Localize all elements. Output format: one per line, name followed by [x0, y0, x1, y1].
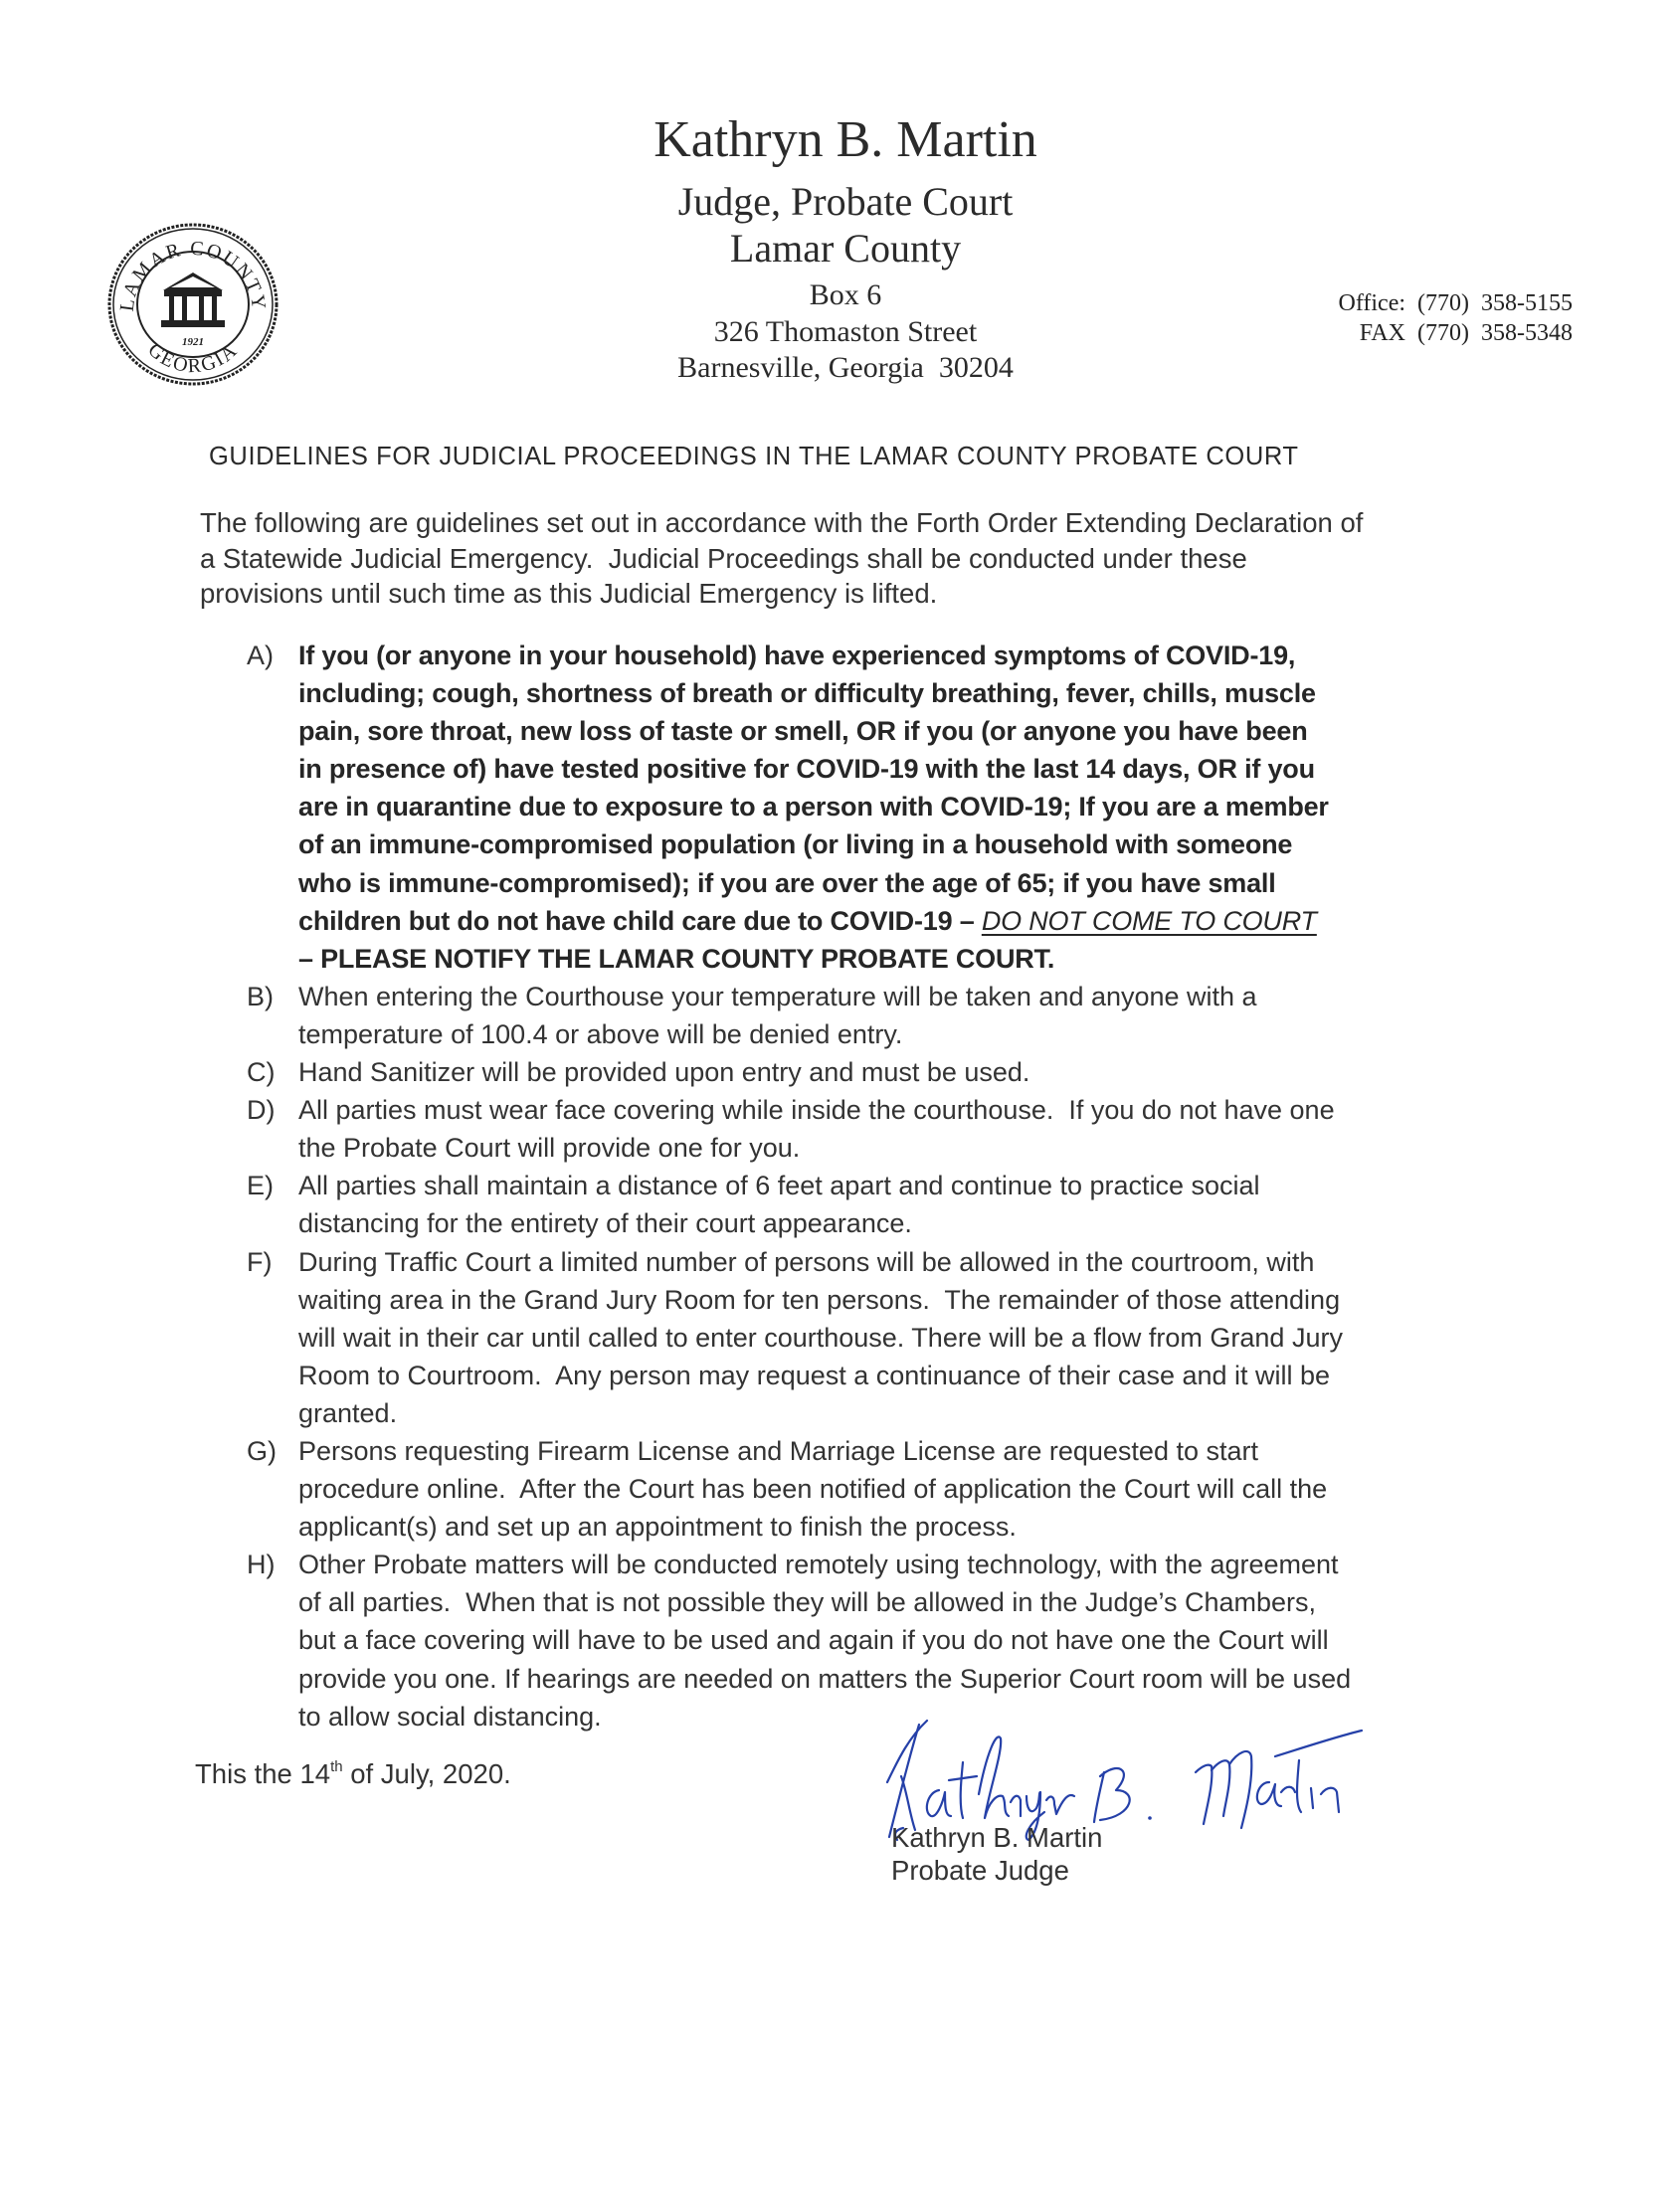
item-line: Hand Sanitizer will be provided upon ent…	[298, 1053, 1520, 1091]
item-line: During Traffic Court a limited number of…	[298, 1243, 1520, 1281]
item-line: – PLEASE NOTIFY THE LAMAR COUNTY PROBATE…	[298, 940, 1520, 978]
lamar-county-seal: LAMAR COUNTY GEORGIA 1921	[103, 221, 282, 388]
address-box: Box 6	[557, 278, 1134, 312]
item-letter: E)	[247, 1167, 274, 1204]
item-line: All parties must wear face covering whil…	[298, 1091, 1520, 1129]
item-line: of all parties. When that is not possibl…	[298, 1583, 1520, 1621]
item-letter: A)	[247, 637, 274, 674]
item-letter: H)	[247, 1546, 276, 1583]
judge-title: Judge, Probate Court	[557, 180, 1134, 224]
item-line: in presence of) have tested positive for…	[298, 750, 1520, 788]
item-line: the Probate Court will provide one for y…	[298, 1129, 1520, 1167]
signer-role: Probate Judge	[891, 1854, 1069, 1887]
item-letter: G)	[247, 1432, 277, 1470]
guideline-item-b: B) When entering the Courthouse your tem…	[247, 978, 1520, 1053]
item-line: When entering the Courthouse your temper…	[298, 978, 1520, 1015]
date-ordinal-suffix: th	[330, 1758, 343, 1775]
item-line: All parties shall maintain a distance of…	[298, 1167, 1520, 1204]
item-line-text: children but do not have child care due …	[298, 906, 982, 936]
county-name: Lamar County	[557, 227, 1134, 271]
item-line: including; cough, shortness of breath or…	[298, 674, 1520, 712]
item-line: Other Probate matters will be conducted …	[298, 1546, 1520, 1583]
item-line: pain, sore throat, new loss of taste or …	[298, 712, 1520, 750]
guideline-item-c: C) Hand Sanitizer will be provided upon …	[247, 1053, 1520, 1091]
signer-printed-name: Kathryn B. Martin	[891, 1821, 1102, 1854]
item-line: waiting area in the Grand Jury Room for …	[298, 1281, 1520, 1319]
guideline-item-g: G) Persons requesting Firearm License an…	[247, 1432, 1520, 1546]
item-line: Room to Courtroom. Any person may reques…	[298, 1357, 1520, 1394]
item-line: children but do not have child care due …	[298, 902, 1520, 940]
item-line: If you (or anyone in your household) hav…	[298, 637, 1520, 674]
item-line: will wait in their car until called to e…	[298, 1319, 1520, 1357]
address-city: Barnesville, Georgia 30204	[557, 351, 1134, 385]
address-street: 326 Thomaston Street	[557, 315, 1134, 349]
item-line: provide you one. If hearings are needed …	[298, 1660, 1520, 1698]
item-letter: F)	[247, 1243, 272, 1281]
judge-name: Kathryn B. Martin	[557, 112, 1134, 168]
date-prefix: This the 14	[195, 1758, 330, 1789]
fax-number: FAX (770) 358-5348	[1339, 318, 1574, 348]
guideline-item-e: E) All parties shall maintain a distance…	[247, 1167, 1520, 1242]
item-line: but a face covering will have to be used…	[298, 1621, 1520, 1659]
guideline-item-d: D) All parties must wear face covering w…	[247, 1091, 1520, 1167]
courthouse-icon	[161, 273, 225, 327]
document-heading: GUIDELINES FOR JUDICIAL PROCEEDINGS IN T…	[209, 443, 1299, 471]
item-line: Persons requesting Firearm License and M…	[298, 1432, 1520, 1470]
intro-line: provisions until such time as this Judic…	[200, 576, 1513, 612]
intro-paragraph: The following are guidelines set out in …	[200, 505, 1513, 612]
guideline-item-a: A) If you (or anyone in your household) …	[247, 637, 1520, 978]
contact-block: Office: (770) 358-5155 FAX (770) 358-534…	[1339, 288, 1574, 348]
svg-text:1921: 1921	[182, 336, 204, 348]
date-rest: of July, 2020.	[343, 1758, 511, 1789]
item-line: temperature of 100.4 or above will be de…	[298, 1015, 1520, 1053]
intro-line: a Statewide Judicial Emergency. Judicial…	[200, 541, 1513, 577]
item-letter: D)	[247, 1091, 276, 1129]
guideline-item-h: H) Other Probate matters will be conduct…	[247, 1546, 1520, 1735]
item-letter: C)	[247, 1053, 276, 1091]
item-line: of an immune-compromised population (or …	[298, 825, 1520, 863]
intro-line: The following are guidelines set out in …	[200, 505, 1513, 541]
item-line: applicant(s) and set up an appointment t…	[298, 1508, 1520, 1546]
item-line: distancing for the entirety of their cou…	[298, 1204, 1520, 1242]
item-line: procedure online. After the Court has be…	[298, 1470, 1520, 1508]
item-line: are in quarantine due to exposure to a p…	[298, 788, 1520, 825]
guideline-item-f: F) During Traffic Court a limited number…	[247, 1243, 1520, 1432]
guidelines-list: A) If you (or anyone in your household) …	[247, 637, 1520, 1735]
item-line: who is immune-compromised); if you are o…	[298, 864, 1520, 902]
do-not-come-to-court-emphasis: DO NOT COME TO COURT	[982, 906, 1317, 936]
item-line: granted.	[298, 1394, 1520, 1432]
signing-date: This the 14th of July, 2020.	[195, 1758, 511, 1790]
office-phone: Office: (770) 358-5155	[1339, 288, 1574, 318]
item-letter: B)	[247, 978, 274, 1015]
